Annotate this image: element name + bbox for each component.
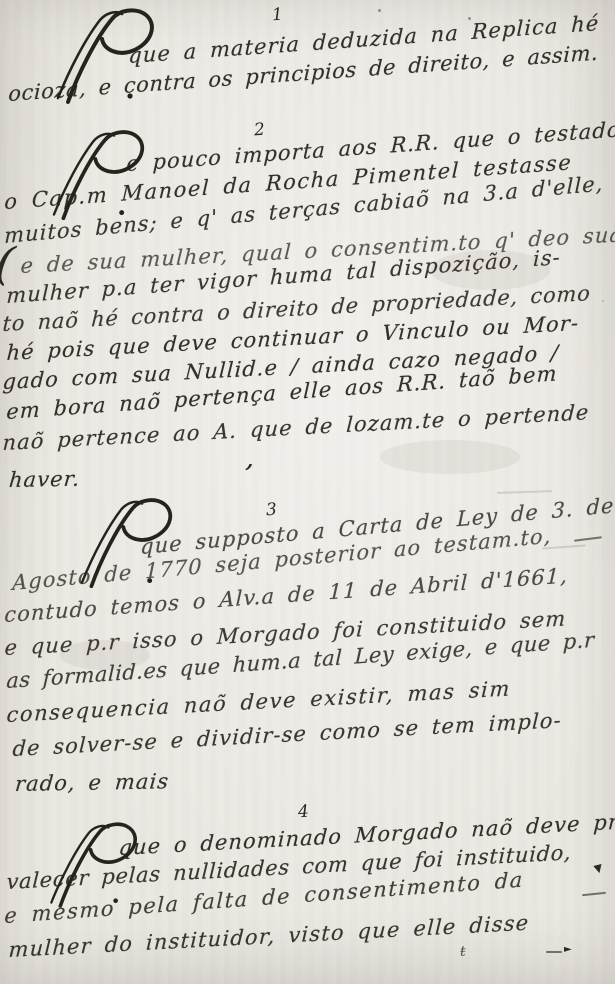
handwritten-line: rado, e mais — [14, 769, 170, 796]
ink-mark: ► — [564, 944, 572, 955]
initial-letter: P. — [48, 128, 75, 168]
ink-mark: ▼ — [593, 861, 604, 876]
paper-smudge — [380, 440, 520, 474]
initial-letter: P. — [76, 496, 103, 536]
initial-letter: P. — [46, 820, 73, 860]
pen-dash — [546, 951, 562, 953]
manuscript-page: 1 P. que a materia deduzida na Replica h… — [0, 0, 615, 984]
initial-letter: P. — [52, 6, 79, 46]
paper-smudge — [430, 250, 550, 290]
section-number: 1 — [271, 5, 283, 26]
pen-dash — [574, 536, 602, 541]
pen-dash — [582, 892, 606, 896]
paper-smudge — [60, 640, 150, 670]
ink-mark: ’ — [240, 457, 255, 491]
show-through-dash — [497, 490, 552, 494]
ink-dot — [468, 17, 471, 20]
ink-dot — [10, 952, 13, 955]
section-number: 4 — [297, 802, 309, 823]
section-number: 2 — [253, 120, 265, 141]
ink-dot — [378, 9, 381, 12]
section-number: 3 — [265, 500, 277, 521]
ink-dot — [602, 300, 604, 302]
handwritten-line: haver. — [8, 467, 81, 492]
ink-mark: ŧ — [460, 944, 466, 960]
